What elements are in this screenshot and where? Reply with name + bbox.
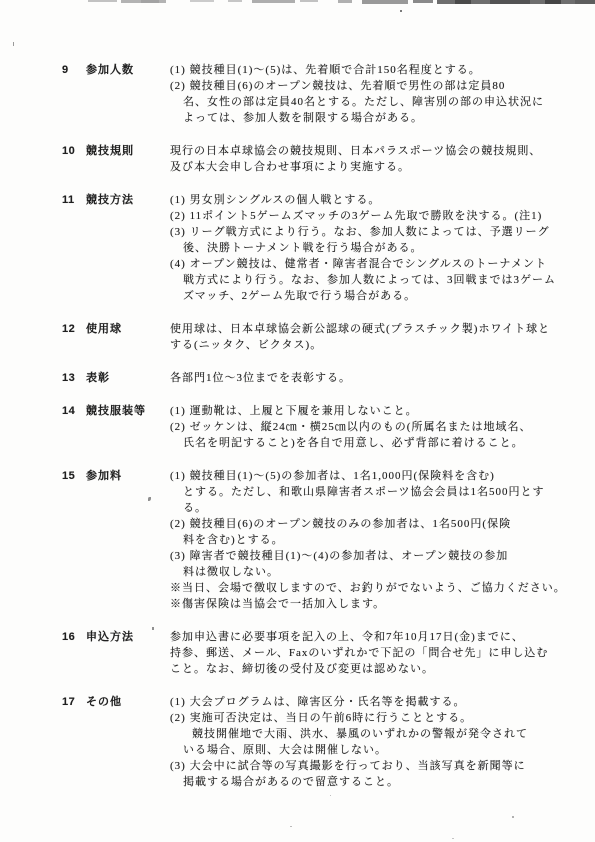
text-line: (3) リーグ戦方式により行う。なお、参加人数によっては、予選リーグ [170, 224, 595, 240]
scan-speck [512, 816, 514, 818]
text-line: よっては、参加人数を制限する場合がある。 [183, 110, 595, 126]
section-number: 14 [62, 403, 86, 451]
text-line: (3) 障害者で競技種目(1)〜(4)の参加者は、オープン競技の参加 [170, 548, 595, 564]
text-line: 氏名を明記すること)を各自で用意し、必ず背部に着けること。 [183, 435, 595, 451]
document-page: 9 参加人数 (1) 競技種目(1)〜(5)は、先着順で合計150名程度とする。… [0, 0, 595, 842]
text-line: (3) 大会中に試合等の写真撮影を行っており、当該写真を新聞等に [170, 758, 595, 774]
section-number: 17 [62, 694, 86, 790]
text-line: 後、決勝トーナメント戦を行う場合がある。 [183, 240, 595, 256]
text-line: る。 [183, 500, 595, 516]
text-line: 競技開催地で大雨、洪水、暴風のいずれかの警報が発令されて [192, 726, 595, 742]
text-line: (2) 11ポイント5ゲームズマッチの3ゲーム先取で勝敗を決する。(注1) [170, 208, 595, 224]
section: 13 表彰 各部門1位〜3位までを表彰する。 [62, 370, 595, 386]
section-body: 使用球は、日本卓球協会新公認球の硬式(プラスチック製)ホワイト球とする(ニッタク… [170, 321, 595, 353]
section-number: 16 [62, 629, 86, 677]
scan-smudge [190, 0, 214, 2]
scan-smudge [141, 0, 159, 3]
section-body: 各部門1位〜3位までを表彰する。 [170, 370, 595, 386]
sections: 9 参加人数 (1) 競技種目(1)〜(5)は、先着順で合計150名程度とする。… [0, 62, 595, 807]
section-number: 9 [62, 62, 86, 126]
text-line: 名、女性の部は定員40名とする。ただし、障害別の部の申込状況に [183, 94, 595, 110]
text-line: (2) 競技種目(6)のオープン競技のみの参加者は、1名500円(保険 [170, 516, 595, 532]
text-line: とする。ただし、和歌山県障害者スポーツ協会会員は1名500円とす [183, 484, 595, 500]
text-line: 各部門1位〜3位までを表彰する。 [170, 370, 595, 386]
section: 17 その他 (1) 大会プログラムは、障害区分・氏名等を掲載する。(2) 実施… [62, 694, 595, 790]
scan-smudge [362, 0, 408, 4]
scan-speck [452, 838, 454, 839]
text-line: 使用球は、日本卓球協会新公認球の硬式(プラスチック製)ホワイト球と [170, 321, 595, 337]
scan-smudge [88, 0, 117, 2]
text-line: 掲載する場合があるので留意すること。 [183, 774, 595, 790]
section-label: 使用球 [86, 321, 170, 353]
section-number: 13 [62, 370, 86, 386]
section-label: 表彰 [86, 370, 170, 386]
text-line: 料は徴収しない。 [183, 564, 595, 580]
scan-speck [290, 826, 292, 827]
section-number: 10 [62, 143, 86, 175]
scan-smudge [575, 0, 595, 4]
text-line: 戦方式により行う。なお、参加人数によっては、3回戦までは3ゲーム [183, 272, 595, 288]
scan-smudge [437, 0, 595, 4]
text-line: 現行の日本卓球協会の競技規則、日本パラスポーツ協会の競技規則、 [170, 143, 595, 159]
text-line: いる場合、原則、大会は開催しない。 [183, 742, 595, 758]
section-number: 11 [62, 192, 86, 304]
text-line: こと。なお、締切後の受付及び変更は認めない。 [170, 661, 595, 677]
section: 14 競技服装等 (1) 運動靴は、上履と下履を兼用しないこと。(2) ゼッケン… [62, 403, 595, 451]
text-line: ※傷害保険は当協会で一括加入します。 [170, 596, 595, 612]
text-line: (1) 競技種目(1)〜(5)の参加者は、1名1,000円(保険料を含む) [170, 468, 595, 484]
section-number: 15 [62, 468, 86, 612]
text-line: 参加申込書に必要事項を記入の上、令和7年10月17日(金)までに、 [170, 629, 595, 645]
section-label: 申込方法 [86, 629, 170, 677]
text-line: ズマッチ、2ゲーム先取で行う場合がある。 [183, 288, 595, 304]
text-line: (1) 大会プログラムは、障害区分・氏名等を掲載する。 [170, 694, 595, 710]
section-body: (1) 運動靴は、上履と下履を兼用しないこと。(2) ゼッケンは、縦24㎝・横2… [170, 403, 595, 451]
section-body: 参加申込書に必要事項を記入の上、令和7年10月17日(金)までに、持参、郵送、メ… [170, 629, 595, 677]
section-label: 競技方法 [86, 192, 170, 304]
section-label: 競技規則 [86, 143, 170, 175]
scan-smudge [490, 0, 530, 4]
text-line: (2) 競技種目(6)のオープン競技は、先着順で男性の部は定員80 [170, 78, 595, 94]
section-body: (1) 男女別シングルスの個人戦とする。(2) 11ポイント5ゲームズマッチの3… [170, 192, 595, 304]
scan-smudge [545, 0, 561, 4]
section: 12 使用球 使用球は、日本卓球協会新公認球の硬式(プラスチック製)ホワイト球と… [62, 321, 595, 353]
text-line: (1) 競技種目(1)〜(5)は、先着順で合計150名程度とする。 [170, 62, 595, 78]
scan-speck [13, 42, 14, 46]
section-body: (1) 大会プログラムは、障害区分・氏名等を掲載する。(2) 実施可否決定は、当… [170, 694, 595, 790]
section: 15 参加料 (1) 競技種目(1)〜(5)の参加者は、1名1,000円(保険料… [62, 468, 595, 612]
section-label: 参加人数 [86, 62, 170, 126]
scan-smudge [121, 0, 166, 3]
section: 11 競技方法 (1) 男女別シングルスの個人戦とする。(2) 11ポイント5ゲ… [62, 192, 595, 304]
scan-smudge [413, 0, 433, 3]
scan-smudge [455, 0, 471, 4]
section-label: その他 [86, 694, 170, 790]
text-line: (2) ゼッケンは、縦24㎝・横25㎝以内のもの(所属名または地域名、 [170, 419, 595, 435]
text-line: (1) 運動靴は、上履と下履を兼用しないこと。 [170, 403, 595, 419]
scan-smudge [252, 0, 295, 3]
text-line: 料を含む)とする。 [183, 532, 595, 548]
text-line: (1) 男女別シングルスの個人戦とする。 [170, 192, 595, 208]
section-body: (1) 競技種目(1)〜(5)は、先着順で合計150名程度とする。(2) 競技種… [170, 62, 595, 126]
section-body: (1) 競技種目(1)〜(5)の参加者は、1名1,000円(保険料を含む)とする… [170, 468, 595, 612]
section-body: 現行の日本卓球協会の競技規則、日本パラスポーツ協会の競技規則、及び本大会申し合わ… [170, 143, 595, 175]
section: 16 申込方法 参加申込書に必要事項を記入の上、令和7年10月17日(金)までに… [62, 629, 595, 677]
section: 10 競技規則 現行の日本卓球協会の競技規則、日本パラスポーツ協会の競技規則、及… [62, 143, 595, 175]
text-line: する(ニッタク、ビクタス)。 [170, 337, 595, 353]
scan-speck [400, 10, 402, 12]
text-line: 持参、郵送、メール、Faxのいずれかで下記の「問合せ先」に申し込む [170, 645, 595, 661]
text-line: ※当日、会場で徴収しますので、お釣りがでないよう、ご協力ください。 [170, 580, 595, 596]
scan-smudge [338, 0, 352, 3]
scan-smudge [300, 0, 318, 2]
text-line: 及び本大会申し合わせ事項により実施する。 [170, 159, 595, 175]
section: 9 参加人数 (1) 競技種目(1)〜(5)は、先着順で合計150名程度とする。… [62, 62, 595, 126]
text-line: (4) オープン競技は、健常者・障害者混合でシングルスのトーナメント [170, 256, 595, 272]
scan-smudge [228, 0, 242, 2]
section-label: 競技服装等 [86, 403, 170, 451]
text-line: (2) 実施可否決定は、当日の午前6時に行うこととする。 [170, 710, 595, 726]
section-number: 12 [62, 321, 86, 353]
section-label: 参加料 [86, 468, 170, 612]
